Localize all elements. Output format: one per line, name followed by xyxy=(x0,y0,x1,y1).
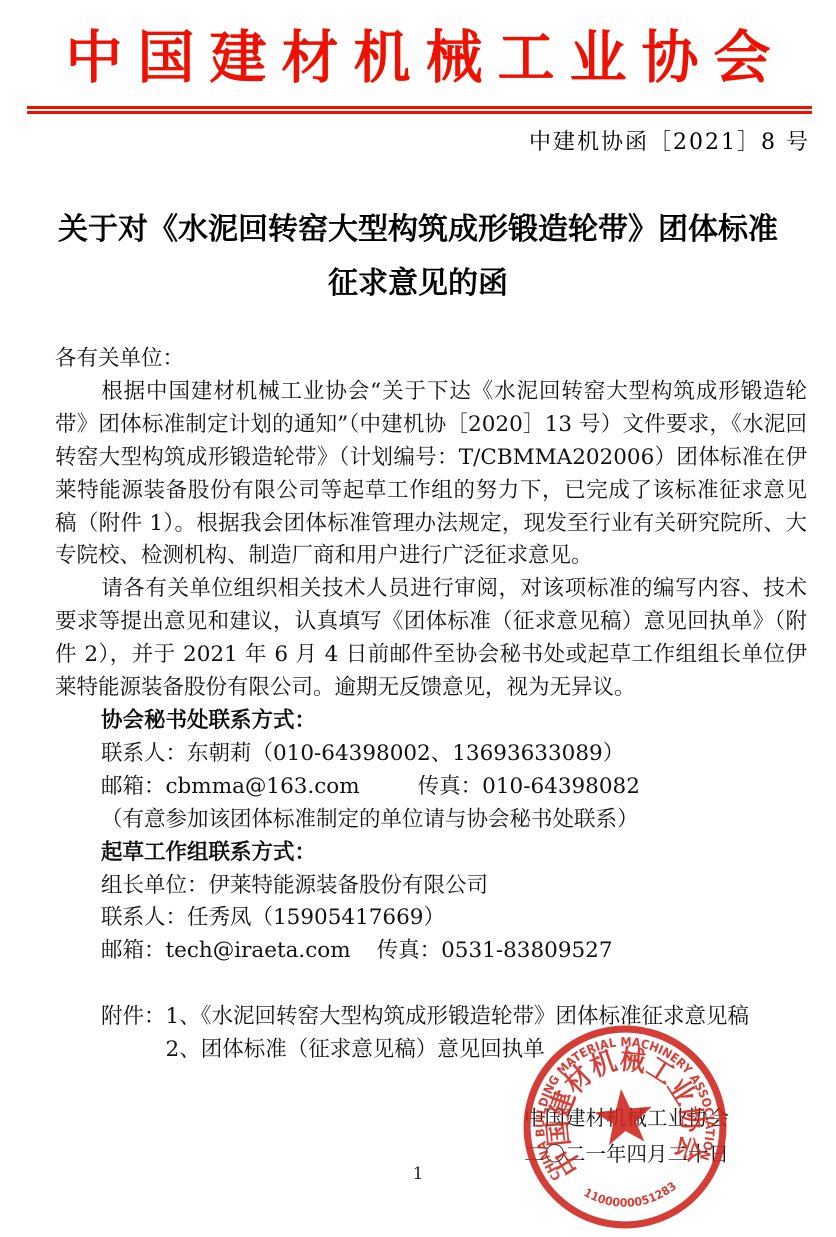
letterhead-org-name: 中国建材机械工业协会 xyxy=(0,12,836,94)
secretariat-heading: 协会秘书处联系方式： xyxy=(55,705,807,738)
salutation: 各有关单位： xyxy=(55,343,807,376)
secretariat-email: 邮箱：cbmma@163.com xyxy=(101,771,360,804)
document-title: 关于对《水泥回转窑大型构筑成形锻造轮带》团体标准 征求意见的函 xyxy=(0,203,836,311)
signature-block: 中国建材机械工业协会 二〇二一年四月二十日 xyxy=(524,1100,729,1172)
drafting-group-email: 邮箱：tech@iraeta.com xyxy=(101,935,351,968)
attachments-list: 1、《水泥回转窑大型构筑成形锻造轮带》团体标准征求意见稿 2、团体标准（征求意见… xyxy=(166,1001,749,1067)
document-page: 中国建材机械工业协会 中建机协函［2021］8 号 关于对《水泥回转窑大型构筑成… xyxy=(0,0,836,1237)
drafting-group-fax: 传真：0531-83809527 xyxy=(377,935,613,968)
paragraph-background: 根据中国建材机械工业协会“关于下达《水泥回转窑大型构筑成形锻造轮带》团体标准制定… xyxy=(55,376,807,573)
paragraph-request: 请各有关单位组织相关技术人员进行审阅，对该项标准的编写内容、技术要求等提出意见和… xyxy=(55,573,807,705)
spacer xyxy=(351,935,377,968)
document-title-line2: 征求意见的函 xyxy=(0,257,836,311)
attachment-item-1: 1、《水泥回转窑大型构筑成形锻造轮带》团体标准征求意见稿 xyxy=(166,1001,749,1034)
secretariat-contact: 联系人：东朝莉（010-64398002、13693633089） xyxy=(55,738,807,771)
drafting-group-leader: 组长单位：伊莱特能源装备股份有限公司 xyxy=(55,870,807,903)
document-number: 中建机协函［2021］8 号 xyxy=(529,125,810,156)
letterhead-divider-line xyxy=(27,106,812,114)
drafting-group-heading: 起草工作组联系方式： xyxy=(55,837,807,870)
secretariat-note: （有意参加该团体标准制定的单位请与协会秘书处联系） xyxy=(55,804,807,837)
drafting-group-email-fax-row: 邮箱：tech@iraeta.com 传真：0531-83809527 xyxy=(55,935,807,968)
drafting-group-contact: 联系人：任秀凤（15905417669） xyxy=(55,902,807,935)
attachment-item-2: 2、团体标准（征求意见稿）意见回执单 xyxy=(166,1034,749,1067)
document-title-line1: 关于对《水泥回转窑大型构筑成形锻造轮带》团体标准 xyxy=(0,203,836,257)
signature-date: 二〇二一年四月二十日 xyxy=(524,1136,729,1172)
document-body: 各有关单位： 根据中国建材机械工业协会“关于下达《水泥回转窑大型构筑成形锻造轮带… xyxy=(55,343,807,1067)
secretariat-email-fax-row: 邮箱：cbmma@163.com 传真：010-64398082 xyxy=(55,771,807,804)
attachments-label: 附件： xyxy=(101,1001,166,1067)
secretariat-fax: 传真：010-64398082 xyxy=(418,771,640,804)
spacer xyxy=(360,771,418,804)
signature-org: 中国建材机械工业协会 xyxy=(524,1100,729,1136)
attachments-block: 附件： 1、《水泥回转窑大型构筑成形锻造轮带》团体标准征求意见稿 2、团体标准（… xyxy=(55,1001,807,1067)
